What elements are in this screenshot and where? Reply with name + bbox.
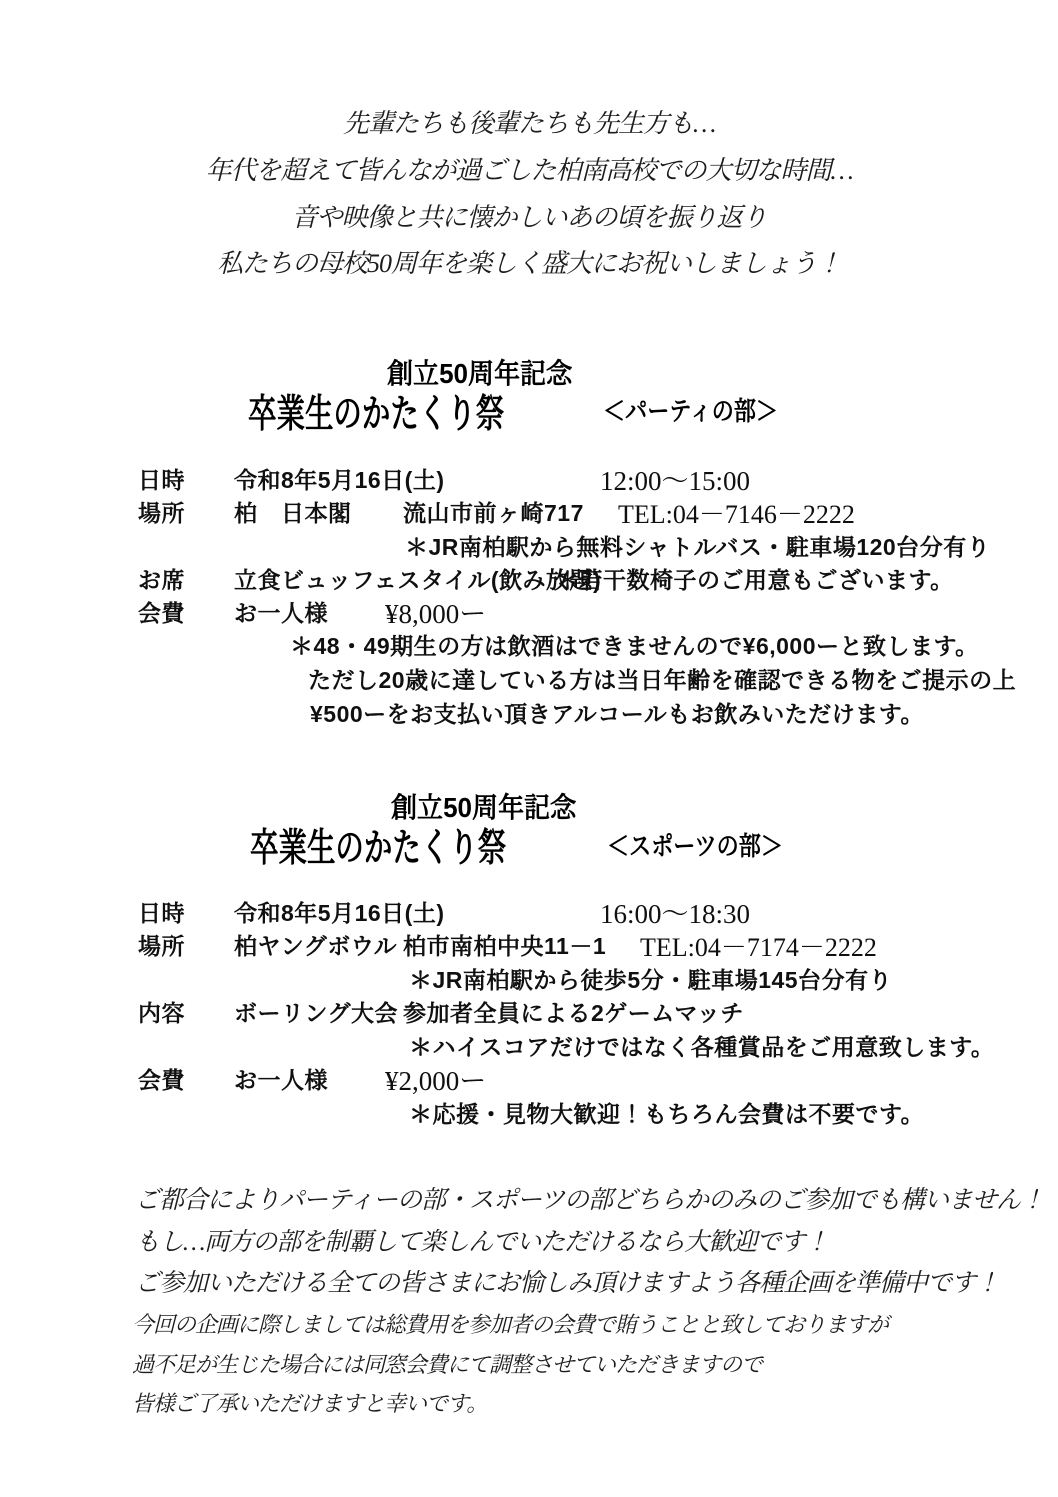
party-place-tel: TEL:04－7146－2222 bbox=[618, 494, 855, 531]
outro2-line-3: 皆様ご了承いただけますと幸いです。 bbox=[132, 1387, 487, 1418]
party-fee-label: 会費 bbox=[138, 595, 185, 628]
party-fee-value: お一人様 bbox=[234, 595, 328, 628]
party-place-venue: 柏 日本閣 bbox=[234, 495, 352, 528]
party-fee-note-2: ただし20歳に達している方は当日年齢を確認できる物をご提示の上 bbox=[308, 662, 1016, 695]
intro-line-1: 先輩たちも後輩たちも先生方も… bbox=[0, 103, 1058, 140]
party-datetime-label: 日時 bbox=[138, 462, 185, 495]
sports-title: 卒業生のかたくり祭 bbox=[250, 817, 506, 873]
sports-place-address: 柏市南柏中央11－1 bbox=[403, 928, 606, 961]
party-place-label: 場所 bbox=[138, 495, 185, 528]
party-seat-note: ＊若干数椅子のご用意もございます。 bbox=[556, 562, 954, 595]
outro1-line-3: ご参加いただける全ての皆さまにお愉しみ頂けますよう各種企画を準備中です！ bbox=[135, 1263, 999, 1299]
intro-line-4: 私たちの母校50周年を楽しく盛大にお祝いしましょう！ bbox=[0, 243, 1058, 280]
sports-prize-note: ＊ハイスコアだけではなく各種賞品をご用意致します。 bbox=[409, 1029, 994, 1062]
sports-content-detail: 参加者全員による2ゲームマッチ bbox=[403, 995, 744, 1028]
party-datetime-time: 12:00～15:00 bbox=[600, 459, 750, 498]
intro-line-3: 音や映像と共に懐かしいあの頃を振り返り bbox=[0, 197, 1058, 234]
sports-fee-price: ¥2,000ー bbox=[385, 1059, 486, 1098]
outro1-line-1: ご都合によりパーティーの部・スポーツの部どちらかのみのご参加でも構いません！ bbox=[135, 1180, 1044, 1216]
sports-place-tel: TEL:04－7174－2222 bbox=[640, 927, 877, 964]
party-fee-note-1: ＊48・49期生の方は飲酒はできませんので¥6,000ーと致します。 bbox=[290, 628, 979, 661]
party-shuttle-note: ＊JR南柏駅から無料シャトルバス・駐車場120台分有り bbox=[405, 529, 990, 562]
sports-place-venue: 柏ヤングボウル bbox=[234, 928, 397, 961]
party-fee-note-3: ¥500ーをお支払い頂きアルコールもお飲みいただけます。 bbox=[310, 696, 924, 729]
party-fee-price: ¥8,000ー bbox=[385, 592, 486, 631]
sports-fee-label: 会費 bbox=[138, 1062, 185, 1095]
sports-content-label: 内容 bbox=[138, 995, 185, 1028]
party-part-label: ＜パーティの部＞ bbox=[603, 391, 778, 428]
sports-part-label: ＜スポーツの部＞ bbox=[607, 826, 783, 863]
sports-content-value: ボーリング大会 bbox=[234, 995, 398, 1028]
sports-datetime-time: 16:00～18:30 bbox=[600, 892, 750, 931]
sports-datetime-value: 令和8年5月16日(土) bbox=[234, 895, 444, 928]
outro2-line-1: 今回の企画に際しましては総費用を参加者の会費で賄うことと致しておりますが bbox=[132, 1308, 888, 1339]
sports-datetime-label: 日時 bbox=[138, 895, 185, 928]
sports-fee-value: お一人様 bbox=[234, 1062, 328, 1095]
party-seat-label: お席 bbox=[138, 562, 185, 595]
sports-place-label: 場所 bbox=[138, 928, 185, 961]
sports-walk-note: ＊JR南柏駅から徒歩5分・駐車場145台分有り bbox=[409, 962, 892, 995]
party-title: 卒業生のかたくり祭 bbox=[248, 383, 504, 439]
intro-line-2: 年代を超えて皆んなが過ごした柏南高校での大切な時間… bbox=[0, 150, 1058, 187]
flyer-page: 先輩たちも後輩たちも先生方も… 年代を超えて皆んなが過ごした柏南高校での大切な時… bbox=[0, 0, 1058, 1497]
party-seat-value: 立食ビュッフェスタイル(飲み放題) bbox=[234, 562, 601, 595]
outro1-line-2: もし…両方の部を制覇して楽しんでいただけるなら大歓迎です！ bbox=[135, 1222, 828, 1258]
party-place-address: 流山市前ヶ崎717 bbox=[403, 495, 584, 528]
outro2-line-2: 過不足が生じた場合には同窓会費にて調整させていただきますので bbox=[132, 1348, 762, 1379]
sports-cheer-note: ＊応援・見物大歓迎！もちろん会費は不要です。 bbox=[409, 1096, 924, 1129]
party-datetime-value: 令和8年5月16日(土) bbox=[234, 462, 444, 495]
